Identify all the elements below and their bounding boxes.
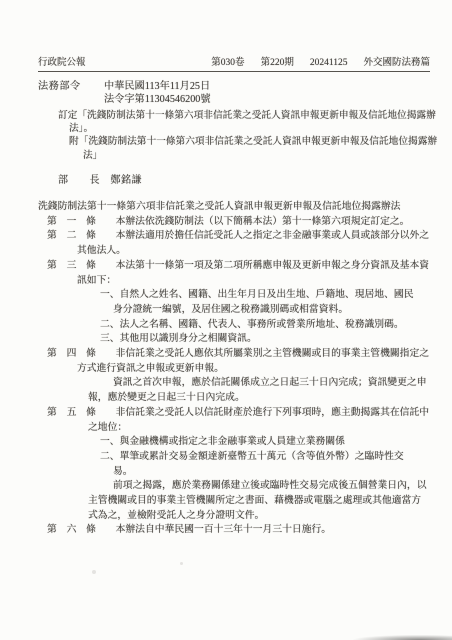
scan-speck (92, 570, 96, 574)
doc-line: 三、其他用以識別身分之相關資訊。 (0, 332, 452, 347)
decree-heading: 法務部令 中華民國113年11月25日 法令字第11304546200號 (38, 80, 211, 106)
doc-line: 第 四 條 非信託業之受託人應依其所屬業別之主管機關或目的事業主管機關指定之 (0, 347, 452, 362)
doc-line: 資訊之首次申報，應於信託關係成立之日起三十日內完成；資訊變更之申 (0, 376, 452, 391)
doc-line: 法」。 (0, 122, 452, 135)
doc-line: 報，應於變更之日起三十日內完成。 (0, 391, 452, 406)
doc-line: 一、自然人之姓名、國籍、出生年月日及出生地、戶籍地、現居地、國民 (0, 288, 452, 303)
doc-line: 二、法人之名稱、國籍、代表人、事務所或營業所地址、稅務識別碼。 (0, 318, 452, 333)
doc-line: 二、單筆或累計交易金額達新臺幣五十萬元（含等值外幣）之臨時性交 (0, 450, 452, 465)
doc-line: 式為之，並檢附受託人之身分證明文件。 (0, 509, 452, 524)
doc-line: 第 一 條 本辦法依洗錢防制法（以下簡稱本法）第十一條第六項規定訂定之。 (0, 215, 452, 230)
doc-line: 之地位： (0, 421, 452, 436)
gazette-section: 外交國防法務篇 (363, 57, 430, 69)
doc-line: 部 長 鄭銘謙 (0, 174, 452, 187)
doc-line: 其他法人。 (0, 244, 452, 259)
doc-line: 一、與金融機構或指定之非金融事業或人員建立業務關係 (0, 435, 452, 450)
doc-line: 第 三 條 本法第十一條第一項及第二項所稱應申報及更新申報之身分資訊及基本資 (0, 259, 452, 274)
gazette-volume: 第030卷 (211, 57, 244, 69)
scanned-gazette-page: 行政院公報 第030卷 第220期 20241125 外交國防法務篇 法務部令 … (0, 0, 452, 640)
gazette-title: 行政院公報 (38, 57, 86, 69)
scan-corner-smudge (322, 624, 452, 640)
decree-agency: 法務部令 (38, 80, 90, 93)
doc-line: 訂定「洗錢防制法第十一條第六項非信託業之受託人資訊申報更新申報及信託地位揭露辦 (0, 109, 452, 122)
decree-ref-line: 法令字第11304546200號 (104, 93, 211, 106)
gazette-issue: 第220期 (261, 57, 294, 69)
doc-line: 主管機關或目的事業主管機關所定之書面、藉機器或電腦之處理或其他適當方 (0, 494, 452, 509)
doc-line: 洗錢防制法第十一條第六項非信託業之受託人資訊申報更新申報及信託地位揭露辦法 (0, 200, 452, 215)
scan-speck (180, 562, 183, 565)
doc-line: 第 五 條 非信託業之受託人以信託財產於進行下列事項時，應主動揭露其在信託中 (0, 406, 452, 421)
doc-line: 易。 (0, 465, 452, 480)
gazette-date: 20241125 (310, 57, 348, 69)
document-body: 訂定「洗錢防制法第十一條第六項非信託業之受託人資訊申報更新申報及信託地位揭露辦法… (0, 109, 452, 538)
doc-line: 訊如下： (0, 274, 452, 289)
gazette-header: 行政院公報 第030卷 第220期 20241125 外交國防法務篇 (38, 57, 430, 72)
doc-line: 方式進行資訊之申報或更新申報。 (0, 362, 452, 377)
doc-line: 前項之揭露，應於業務關係建立後或臨時性交易完成後五個營業日內，以 (0, 479, 452, 494)
doc-line: 法」 (0, 149, 452, 162)
doc-line: 附「洗錢防制法第十一條第六項非信託業之受託人資訊申報更新申報及信託地位揭露辦 (0, 135, 452, 148)
decree-date-line: 中華民國113年11月25日 (104, 80, 211, 93)
doc-line: 第 六 條 本辦法自中華民國一百十三年十一月三十日施行。 (0, 523, 452, 538)
doc-line: 身分證統一編號，及居住國之稅務識別碼或相當資料。 (0, 303, 452, 318)
decree-dates: 中華民國113年11月25日 法令字第11304546200號 (104, 80, 211, 106)
doc-line: 第 二 條 本辦法適用於擔任信託受託人之指定之非金融事業或人員或該部分以外之 (0, 229, 452, 244)
